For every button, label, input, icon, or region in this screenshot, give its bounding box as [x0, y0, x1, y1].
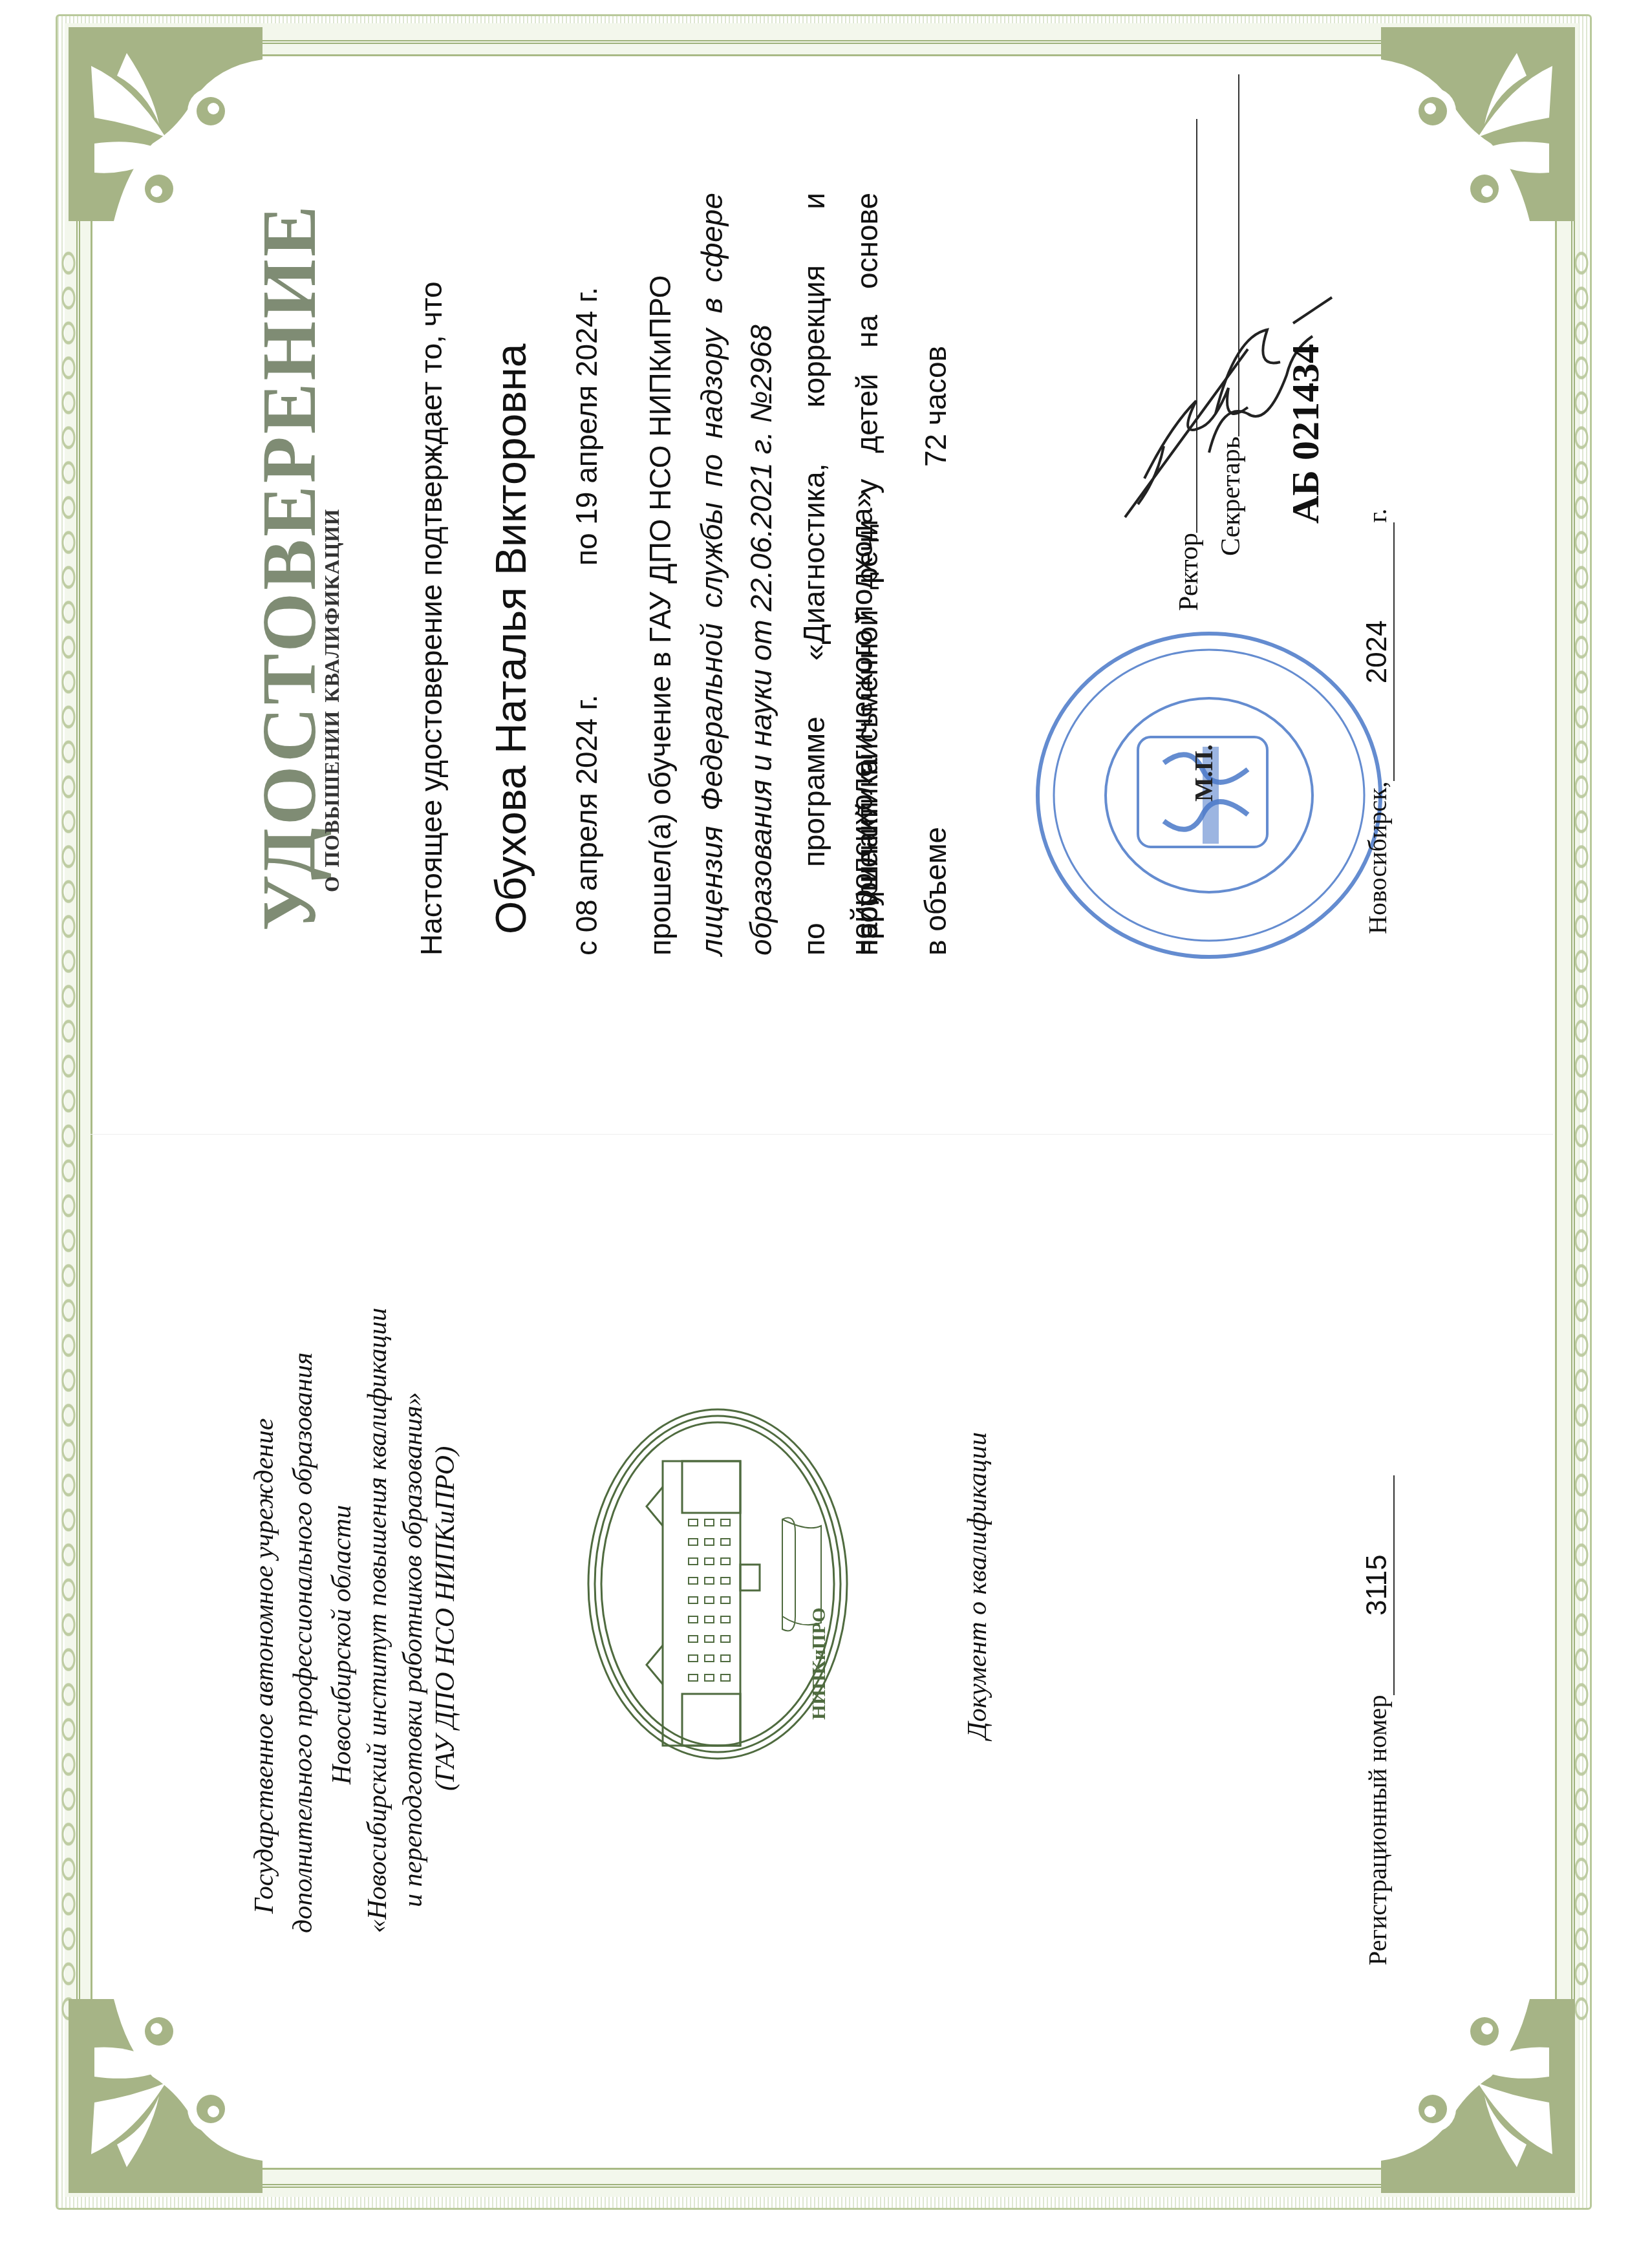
registration-number: Регистрационный номер3115 [1361, 1475, 1395, 1965]
city-label: Новосибирск, [1363, 781, 1392, 934]
volume-value: 72 часов [918, 346, 953, 467]
document-type: Документ о квалификации [962, 1432, 993, 1739]
corner-ornament-icon [56, 14, 269, 228]
program-line-3: нейропсихологического подхода» [844, 491, 879, 956]
issuer-line-3: Новосибирской области [327, 1505, 358, 1784]
emblem-ribbon-text: НИПКиПРО [808, 1607, 830, 1720]
issue-place-date: Новосибирск,2024г. [1361, 508, 1395, 934]
reg-label: Регистрационный номер [1363, 1695, 1392, 1965]
certificate-subtitle: о повышении квалификации [312, 509, 346, 892]
rector-label-text: Ректор [1174, 533, 1204, 611]
date-to: по 19 апреля 2024 г. [569, 287, 604, 566]
issuer-line-1: Государственное автономное учреждение [249, 1418, 280, 1914]
certificate-page: УДОСТОВЕРЕНИЕ о повышении квалификации Н… [0, 0, 1650, 2268]
corner-ornament-icon [1375, 14, 1588, 228]
year-suffix: г. [1363, 508, 1392, 522]
issue-year: 2024 [1361, 522, 1395, 781]
license-line-1: лицензия Федеральной службы по надзору в… [685, 193, 738, 956]
issuer-line-4: «Новосибирский институт повышения квалиф… [362, 1308, 393, 1933]
fold-line [91, 1134, 1553, 1135]
holder-name: Обухова Наталья Викторовна [486, 344, 535, 934]
issuer-line-5: и переподготовки работников образования» [398, 1392, 429, 1907]
corner-ornament-icon [1375, 1993, 1588, 2206]
issuer-line-6: (ГАУ ДПО НСО НИПКиПРО) [430, 1446, 461, 1791]
corner-ornament-icon [56, 1993, 269, 2206]
reg-number: 3115 [1361, 1475, 1395, 1695]
stamp-mp-label: М.П. [1188, 744, 1219, 802]
intro-text: Настоящее удостоверение подтверждает то,… [414, 281, 449, 956]
serial-number: АБ 021434 [1283, 344, 1328, 524]
date-from: с 08 апреля 2024 г. [569, 695, 604, 956]
volume-label: в объеме [918, 827, 953, 956]
training-line: прошел(а) обучение в ГАУ ДПО НСО НИПКиПР… [643, 275, 678, 956]
issuer-line-2: дополнительного профессионального образо… [288, 1353, 319, 1933]
license-line-2: образования и науки от 22.06.2021 г. №29… [744, 325, 778, 956]
